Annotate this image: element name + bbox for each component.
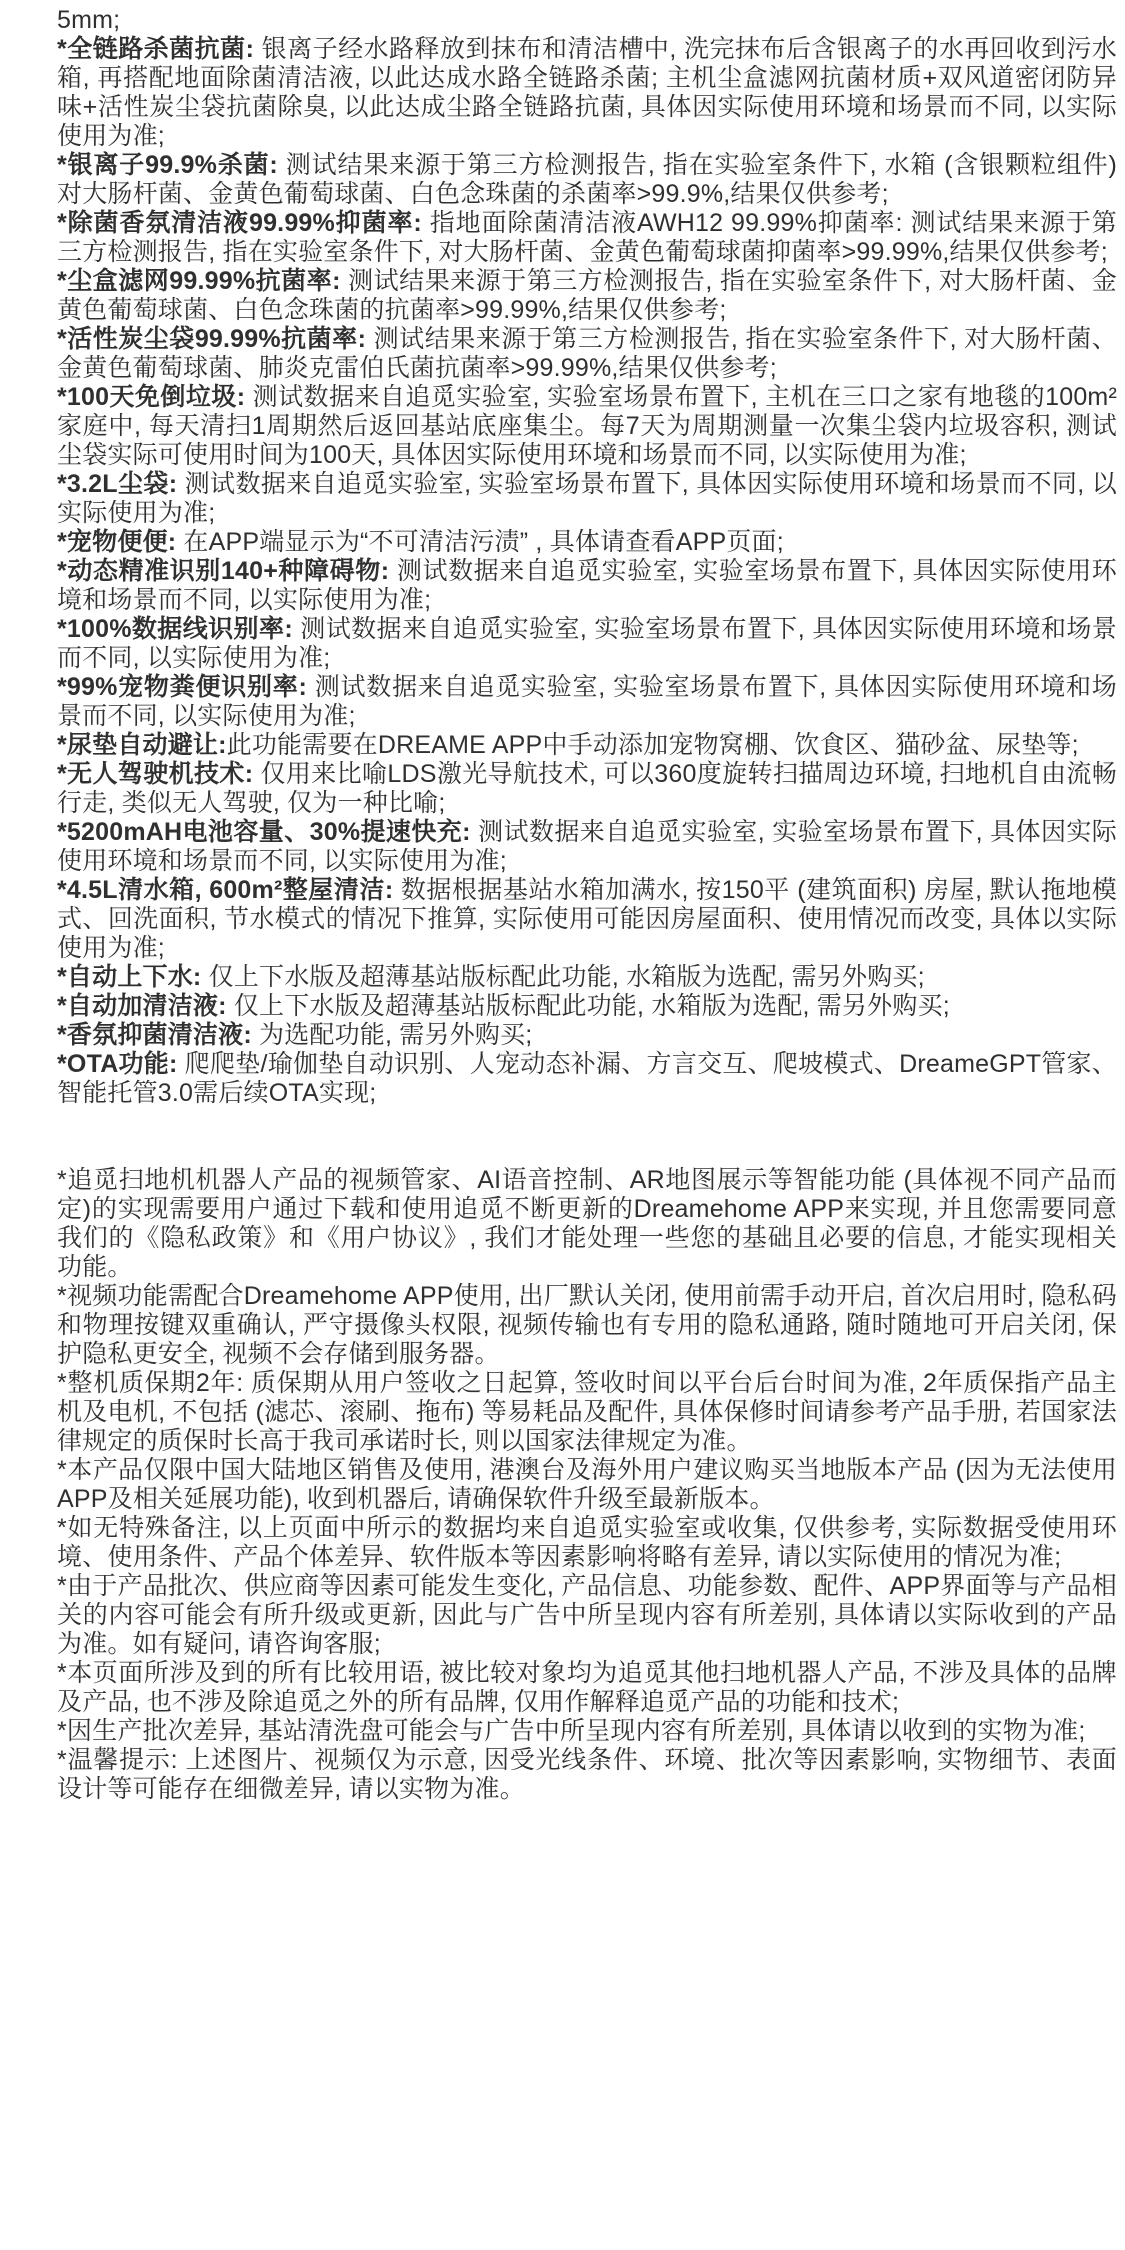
disclaimer-paragraph: *无人驾驶机技术: 仅用来比喻LDS激光导航技术, 可以360度旋转扫描周边环境… [57,760,1117,818]
disclaimer-paragraph: *尿垫自动避让:此功能需要在DREAME APP中手动添加宠物窝棚、饮食区、猫砂… [57,731,1117,760]
disclaimer-paragraph: *除菌香氛清洁液99.99%抑菌率: 指地面除菌清洁液AWH12 99.99%抑… [57,209,1117,267]
disclaimer-paragraph: *活性炭尘袋99.99%抗菌率: 测试结果来源于第三方检测报告, 指在实验室条件… [57,325,1117,383]
disclaimer-paragraph: *宠物便便: 在APP端显示为“不可清洁污渍” , 具体请查看APP页面; [57,528,1117,557]
legal-note: *温馨提示: 上述图片、视频仅为示意, 因受光线条件、环境、批次等因素影响, 实… [57,1746,1117,1804]
disclaimer-paragraph: *自动上下水: 仅上下水版及超薄基站版标配此功能, 水箱版为选配, 需另外购买; [57,963,1117,992]
note-text: *本页面所涉及到的所有比较用语, 被比较对象均为追觅其他扫地机器人产品, 不涉及… [57,1659,1117,1716]
legal-note: *因生产批次差异, 基站清洗盘可能会与广告中所呈现内容有所差别, 具体请以收到的… [57,1717,1117,1746]
disclaimer-paragraph: *尘盒滤网99.99%抗菌率: 测试结果来源于第三方检测报告, 指在实验室条件下… [57,267,1117,325]
paragraph-head: *5200mAH电池容量、30%提速快充: [57,818,471,846]
paragraph-head: *香氛抑菌清洁液: [57,1021,252,1049]
disclaimer-paragraph: *99%宠物粪便识别率: 测试数据来自追觅实验室, 实验室场景布置下, 具体因实… [57,673,1117,731]
paragraph-head: *除菌香氛清洁液99.99%抑菌率: [57,209,422,237]
legal-note: *如无特殊备注, 以上页面中所示的数据均来自追觅实验室或收集, 仅供参考, 实际… [57,1514,1117,1572]
intro-fragment-line: 5mm; [57,6,1117,35]
intro-fragment-text: 5mm; [57,6,120,34]
note-text: *视频功能需配合Dreamehome APP使用, 出厂默认关闭, 使用前需手动… [57,1282,1117,1368]
note-text: *因生产批次差异, 基站清洗盘可能会与广告中所呈现内容有所差别, 具体请以收到的… [57,1717,1085,1745]
paragraph-head: *银离子99.9%杀菌: [57,151,278,179]
legal-note: *整机质保期2年: 质保期从用户签收之日起算, 签收时间以平台后台时间为准, 2… [57,1369,1117,1456]
disclaimer-paragraph: *3.2L尘袋: 测试数据来自追觅实验室, 实验室场景布置下, 具体因实际使用环… [57,470,1117,528]
note-text: *本产品仅限中国大陆地区销售及使用, 港澳台及海外用户建议购买当地版本产品 (因… [57,1456,1117,1513]
disclaimer-document: 5mm; *全链路杀菌抗菌: 银离子经水路释放到抹布和清洁槽中, 洗完抹布后含银… [0,0,1125,1804]
disclaimer-paragraph: *100天免倒垃圾: 测试数据来自追觅实验室, 实验室场景布置下, 主机在三口之… [57,383,1117,470]
paragraph-head: *自动上下水: [57,963,201,991]
paragraph-head: *动态精准识别140+种障碍物: [57,557,389,585]
legal-note: *追觅扫地机机器人产品的视频管家、AI语音控制、AR地图展示等智能功能 (具体视… [57,1166,1117,1282]
paragraph-body: 在APP端显示为“不可清洁污渍” , 具体请查看APP页面; [176,528,784,556]
note-text: *追觅扫地机机器人产品的视频管家、AI语音控制、AR地图展示等智能功能 (具体视… [57,1166,1117,1281]
disclaimer-paragraph: *香氛抑菌清洁液: 为选配功能, 需另外购买; [57,1021,1117,1050]
paragraph-head: *活性炭尘袋99.99%抗菌率: [57,325,366,353]
disclaimer-paragraph: *4.5L清水箱, 600m²整屋清洁: 数据根据基站水箱加满水, 按150平 … [57,876,1117,963]
paragraph-head: *99%宠物粪便识别率: [57,673,307,701]
note-text: *温馨提示: 上述图片、视频仅为示意, 因受光线条件、环境、批次等因素影响, 实… [57,1746,1117,1803]
disclaimer-paragraph: *OTA功能: 爬爬垫/瑜伽垫自动识别、人宠动态补漏、方言交互、爬坡模式、Dre… [57,1050,1117,1108]
disclaimer-paragraph: *银离子99.9%杀菌: 测试结果来源于第三方检测报告, 指在实验室条件下, 水… [57,151,1117,209]
disclaimer-paragraph: *100%数据线识别率: 测试数据来自追觅实验室, 实验室场景布置下, 具体因实… [57,615,1117,673]
paragraph-head: *4.5L清水箱, 600m²整屋清洁: [57,876,393,904]
paragraph-head: *尘盒滤网99.99%抗菌率: [57,267,341,295]
note-text: *整机质保期2年: 质保期从用户签收之日起算, 签收时间以平台后台时间为准, 2… [57,1369,1117,1455]
disclaimer-paragraph: *自动加清洁液: 仅上下水版及超薄基站版标配此功能, 水箱版为选配, 需另外购买… [57,992,1117,1021]
legal-note: *本页面所涉及到的所有比较用语, 被比较对象均为追觅其他扫地机器人产品, 不涉及… [57,1659,1117,1717]
legal-note: *由于产品批次、供应商等因素可能发生变化, 产品信息、功能参数、配件、APP界面… [57,1572,1117,1659]
disclaimer-paragraph: *动态精准识别140+种障碍物: 测试数据来自追觅实验室, 实验室场景布置下, … [57,557,1117,615]
paragraph-body: 此功能需要在DREAME APP中手动添加宠物窝棚、饮食区、猫砂盆、尿垫等; [227,731,1079,759]
paragraph-head: *尿垫自动避让: [57,731,227,759]
paragraph-head: *无人驾驶机技术: [57,760,253,788]
paragraph-head: *自动加清洁液: [57,992,227,1020]
paragraph-head: *3.2L尘袋: [57,470,177,498]
paragraph-body: 仅上下水版及超薄基站版标配此功能, 水箱版为选配, 需另外购买; [227,992,950,1020]
legal-note: *视频功能需配合Dreamehome APP使用, 出厂默认关闭, 使用前需手动… [57,1282,1117,1369]
note-text: *如无特殊备注, 以上页面中所示的数据均来自追觅实验室或收集, 仅供参考, 实际… [57,1514,1117,1571]
paragraph-head: *OTA功能: [57,1050,178,1078]
legal-note: *本产品仅限中国大陆地区销售及使用, 港澳台及海外用户建议购买当地版本产品 (因… [57,1456,1117,1514]
paragraph-head: *全链路杀菌抗菌: [57,35,254,63]
paragraph-body: 为选配功能, 需另外购买; [252,1021,533,1049]
note-text: *由于产品批次、供应商等因素可能发生变化, 产品信息、功能参数、配件、APP界面… [57,1572,1117,1658]
disclaimer-paragraph: *5200mAH电池容量、30%提速快充: 测试数据来自追觅实验室, 实验室场景… [57,818,1117,876]
paragraph-head: *宠物便便: [57,528,176,556]
paragraph-body: 爬爬垫/瑜伽垫自动识别、人宠动态补漏、方言交互、爬坡模式、DreameGPT管家… [57,1050,1117,1107]
paragraph-head: *100%数据线识别率: [57,615,293,643]
paragraph-head: *100天免倒垃圾: [57,383,245,411]
paragraph-body: 测试数据来自追觅实验室, 实验室场景布置下, 具体因实际使用环境和场景而不同, … [57,470,1117,527]
paragraph-body: 仅上下水版及超薄基站版标配此功能, 水箱版为选配, 需另外购买; [201,963,924,991]
disclaimer-paragraph: *全链路杀菌抗菌: 银离子经水路释放到抹布和清洁槽中, 洗完抹布后含银离子的水再… [57,35,1117,151]
